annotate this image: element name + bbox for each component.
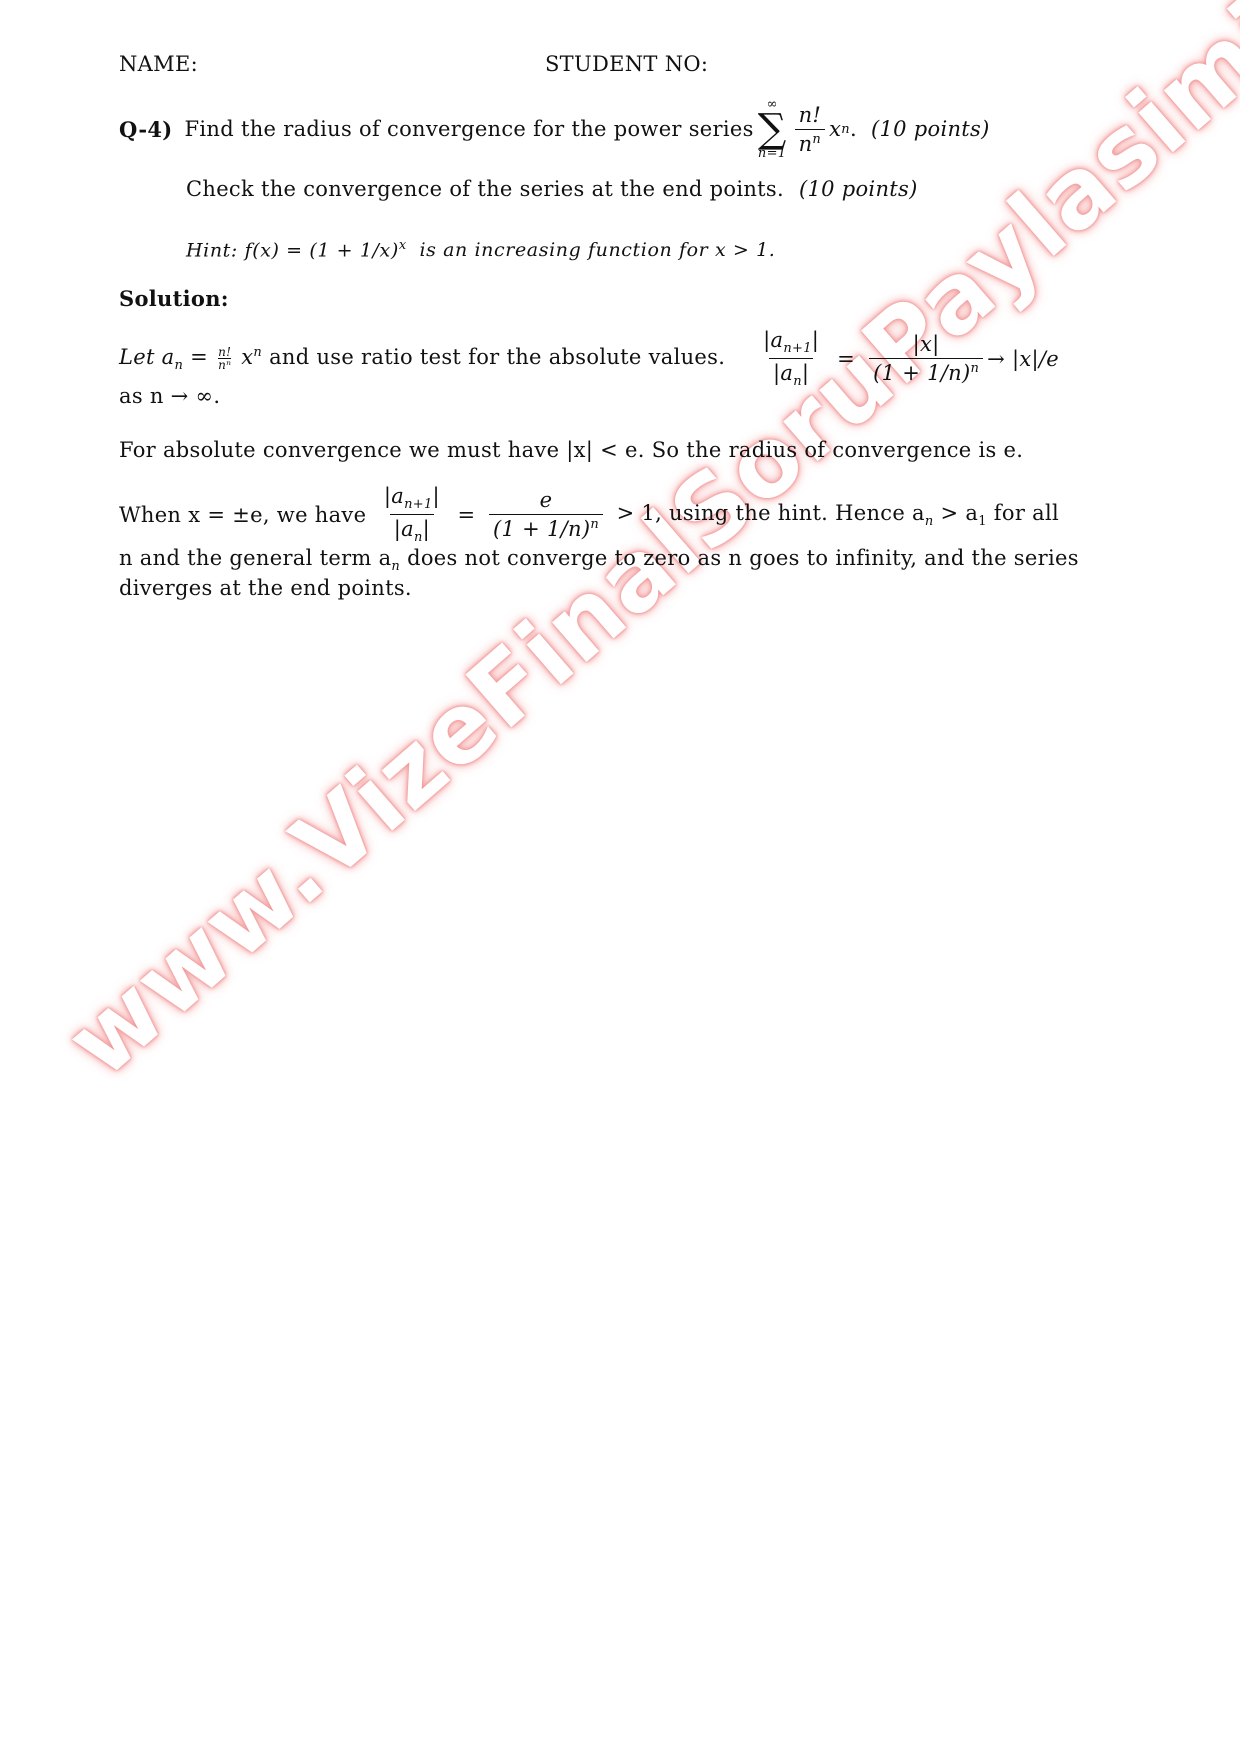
document-page: www.VizeFinalSoruPaylasimi.com NAME: STU… (0, 0, 1240, 1754)
solution-paragraph-3: When x = ±e, we have |an+1| |an| = e (1 … (119, 484, 1059, 545)
name-label: NAME: (119, 52, 198, 76)
points-label: (10 points) (799, 177, 918, 201)
student-no-label: STUDENT NO: (545, 52, 708, 76)
limit-fraction: |x| (1 + 1/n)n (869, 332, 983, 385)
question-line-2: Check the convergence of the series at t… (186, 177, 918, 201)
sigma-icon: ∑ (758, 111, 787, 147)
solution-paragraph-3-line-2: n and the general term an does not conve… (119, 546, 1059, 574)
series-fraction: n! nn (795, 103, 826, 156)
solution-paragraph-1: Let an = n!nⁿ xn and use ratio test for … (119, 328, 1059, 389)
ratio-fraction: |an+1| |an| (380, 484, 444, 545)
ratio-fraction: |an+1| |an| (759, 328, 823, 389)
hint: Hint: f(x) = (1 + 1/x)x is an increasing… (186, 238, 775, 261)
solution-paragraph-3-line-3: diverges at the end points. (119, 576, 412, 600)
points-label: (10 points) (871, 117, 990, 141)
solution-paragraph-2: For absolute convergence we must have |x… (119, 438, 1023, 462)
endpoint-fraction: e (1 + 1/n)n (489, 488, 603, 541)
question-line-1: Q-4) Find the radius of convergence for … (119, 98, 990, 160)
question-text: Find the radius of convergence for the p… (185, 117, 754, 141)
sum-symbol: ∞ ∑ n=1 (758, 98, 787, 160)
question-number: Q-4) (119, 117, 173, 142)
solution-heading: Solution: (119, 286, 229, 311)
solution-paragraph-1-line-2: as n → ∞. (119, 384, 220, 408)
